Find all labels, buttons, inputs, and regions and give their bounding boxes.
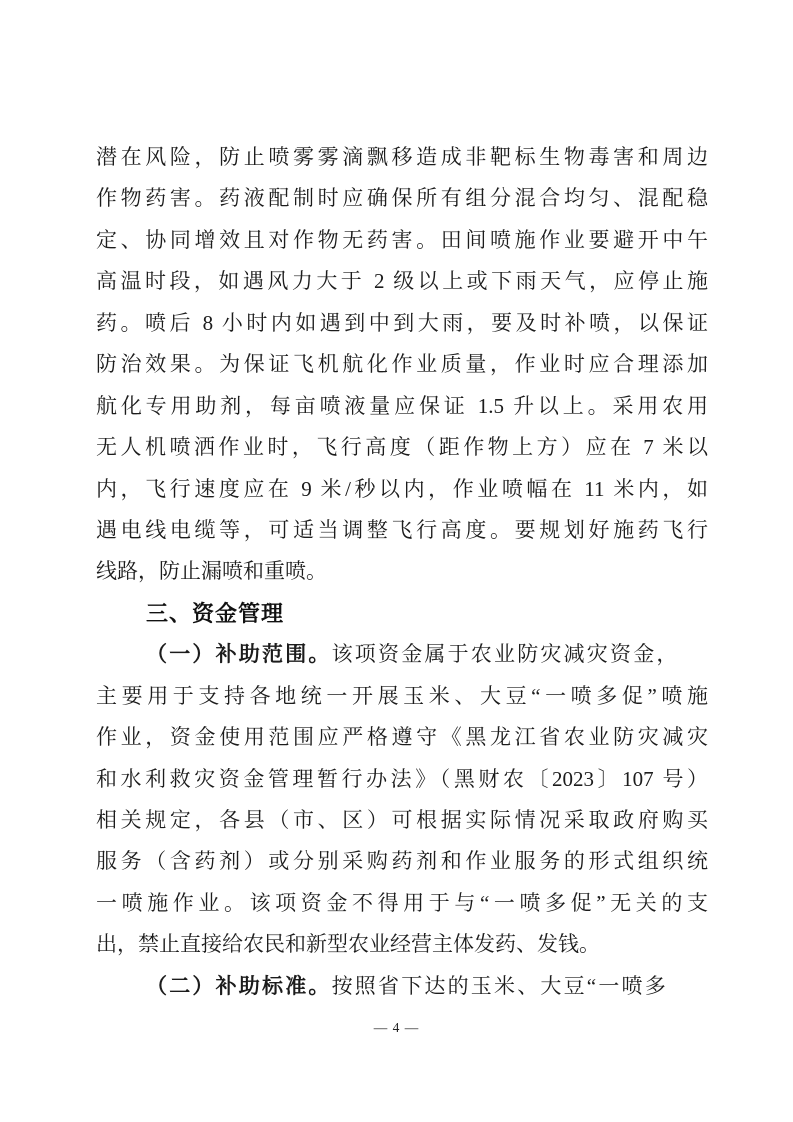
- paragraph-lead: （一）补助范围。: [146, 642, 332, 666]
- text-line: 作业，资金使用范围应严格遵守《黑龙江省农业防灾减灾: [96, 717, 708, 758]
- text-line: 航化专用助剂，每亩喷液量应保证 1.5 升以上。采用农用: [96, 386, 708, 427]
- text-line: （一）补助范围。该项资金属于农业防灾减灾资金，: [96, 634, 708, 675]
- document-page: 潜在风险，防止喷雾雾滴飘移造成非靶标生物毒害和周边作物药害。药液配制时应确保所有…: [0, 0, 793, 1122]
- text-line: 一喷施作业。该项资金不得用于与“一喷多促”无关的支: [96, 883, 708, 924]
- text-line: 线路，防止漏喷和重喷。: [96, 551, 708, 592]
- text-line: 内，飞行速度应在 9 米/秒以内，作业喷幅在 11 米内，如: [96, 469, 708, 510]
- text-line: 潜在风险，防止喷雾雾滴飘移造成非靶标生物毒害和周边: [96, 137, 708, 178]
- text-line: 防治效果。为保证飞机航化作业质量，作业时应合理添加: [96, 344, 708, 385]
- text-line: 和水利救灾资金管理暂行办法》（黑财农〔2023〕107 号）: [96, 759, 708, 800]
- text-line: 药。喷后 8 小时内如遇到中到大雨，要及时补喷，以保证: [96, 303, 708, 344]
- text-line: 定、协同增效且对作物无药害。田间喷施作业要避开中午: [96, 220, 708, 261]
- text-line: 作物药害。药液配制时应确保所有组分混合均匀、混配稳: [96, 178, 708, 219]
- paragraph-lead: （二）补助标准。: [146, 974, 332, 998]
- page-number: — 4 —: [0, 1020, 793, 1036]
- text-line: 主要用于支持各地统一开展玉米、大豆“一喷多促”喷施: [96, 676, 708, 717]
- text-line: 服务（含药剂）或分别采购药剂和作业服务的形式组织统: [96, 841, 708, 882]
- text-line: 出，禁止直接给农民和新型农业经营主体发药、发钱。: [96, 924, 708, 965]
- text-line: （二）补助标准。按照省下达的玉米、大豆“一喷多: [96, 966, 708, 1007]
- text-line: 相关规定，各县（市、区）可根据实际情况采取政府购买: [96, 800, 708, 841]
- text-line: 遇电线电缆等，可适当调整飞行高度。要规划好施药飞行: [96, 510, 708, 551]
- section-heading: 三、资金管理: [96, 593, 708, 634]
- text-line: 无人机喷洒作业时，飞行高度（距作物上方）应在 7 米以: [96, 427, 708, 468]
- text-line: 高温时段，如遇风力大于 2 级以上或下雨天气，应停止施: [96, 261, 708, 302]
- document-body: 潜在风险，防止喷雾雾滴飘移造成非靶标生物毒害和周边作物药害。药液配制时应确保所有…: [96, 137, 708, 1007]
